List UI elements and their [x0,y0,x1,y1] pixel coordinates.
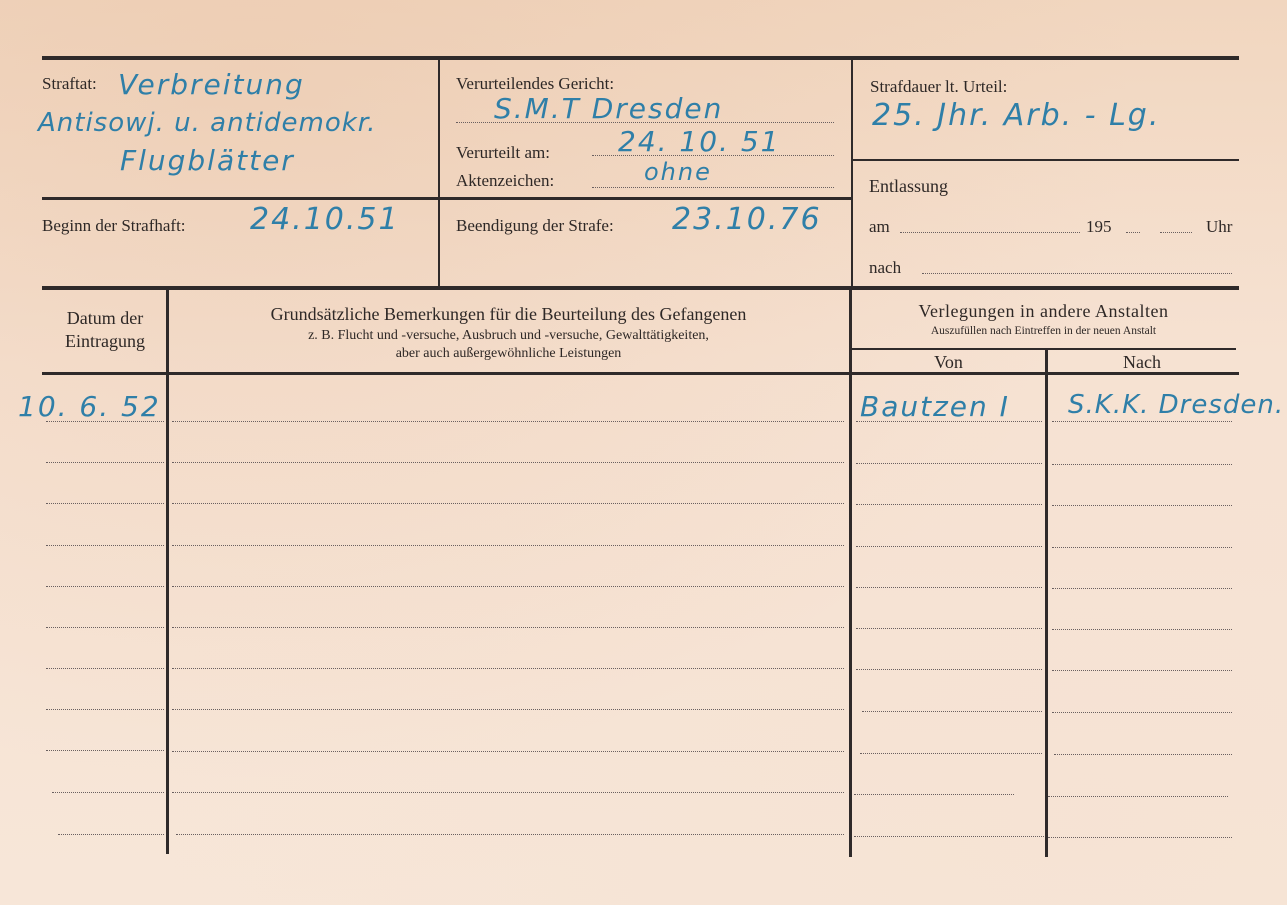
divider-row-straftat [42,197,852,200]
dotline-remarks [172,792,844,793]
header-date-line1: Datum der [44,308,166,329]
entlassung-time-dotline[interactable] [1160,232,1192,233]
straftat-line-2: Antisowj. u. antidemokr. [38,108,376,138]
divider-col2 [851,60,853,286]
dotline-nach [1052,629,1232,630]
dotline-remarks [172,421,844,422]
dotline-nach [1048,837,1232,838]
entlassung-nach-label: nach [869,258,901,278]
dotline-date [58,834,164,835]
gericht-dotline [456,122,834,123]
entlassung-nach-dotline[interactable] [922,273,1232,274]
header-date-line2: Eintragung [44,331,166,352]
row-from[interactable]: Bautzen I [860,390,1010,423]
dotline-von [856,669,1042,670]
dotline-nach [1052,421,1232,422]
dotline-von [856,628,1042,629]
strafdauer-value[interactable]: 25. Jhr. Arb. - Lg. [872,98,1160,133]
divider-row-strafdauer [853,159,1239,161]
entlassung-year-dotline[interactable] [1126,232,1140,233]
dotline-nach [1054,754,1232,755]
dotline-date [46,586,164,587]
verurteilt-value[interactable]: 24. 10. 51 [618,125,781,158]
aktenzeichen-dotline [592,187,834,188]
header-nach: Nach [1047,352,1237,373]
table-divider-transfer [849,290,852,857]
dotline-von [862,711,1042,712]
dotline-von [856,421,1042,422]
transfer-subheader-line [851,348,1236,350]
dotline-date [46,545,164,546]
dotline-date [46,709,164,710]
dotline-date [46,503,164,504]
dotline-nach [1052,670,1232,671]
header-remarks-sub1: z. B. Flucht und -versuche, Ausbruch und… [168,328,849,344]
beendigung-label: Beendigung der Strafe: [456,216,614,236]
dotline-remarks [172,668,844,669]
dotline-nach [1052,505,1232,506]
top-border [42,56,1239,60]
dotline-von [856,463,1042,464]
dotline-remarks [172,751,844,752]
entlassung-year-label: 195 [1086,217,1112,237]
aktenzeichen-value[interactable]: ohne [644,158,712,186]
table-divider-von-nach [1045,350,1048,857]
dotline-von [856,546,1042,547]
dotline-nach [1052,712,1232,713]
aktenzeichen-label: Aktenzeichen: [456,171,554,191]
divider-col1 [438,60,440,286]
dotline-remarks [172,545,844,546]
straftat-line-3: Flugblätter [120,144,295,177]
dotline-remarks [176,834,844,835]
dotline-date [46,421,164,422]
dotline-von [854,794,1014,795]
dotline-von [856,587,1042,588]
row-date[interactable]: 10. 6. 52 [18,390,161,423]
header-transfer-title: Verlegungen in andere Anstalten [851,301,1236,322]
dotline-remarks [172,709,844,710]
header-remarks-title: Grundsätzliche Bemerkungen für die Beurt… [168,304,849,325]
header-transfer-subtitle: Auszufüllen nach Eintreffen in der neuen… [851,325,1236,337]
header-remarks-sub2: aber auch außergewöhnliche Leistungen [168,346,849,362]
dotline-date [46,668,164,669]
dotline-nach [1052,588,1232,589]
beginn-label: Beginn der Strafhaft: [42,216,186,236]
entlassung-am-label: am [869,217,890,237]
dotline-remarks [172,627,844,628]
row-to[interactable]: S.K.K. Dresden. [1068,390,1284,420]
dotline-date [46,750,164,751]
dotline-date [52,792,164,793]
dotline-remarks [172,586,844,587]
beginn-value[interactable]: 24.10.51 [250,202,400,237]
dotline-von [856,504,1042,505]
dotline-date [46,627,164,628]
dotline-remarks [172,503,844,504]
dotline-von [854,836,1044,837]
strafdauer-label: Strafdauer lt. Urteil: [870,77,1007,97]
entlassung-uhr-label: Uhr [1206,217,1232,237]
dotline-nach [1048,796,1228,797]
dotline-nach [1052,547,1232,548]
dotline-date [46,462,164,463]
entlassung-am-dotline[interactable] [900,232,1080,233]
entlassung-label: Entlassung [869,176,948,197]
dotline-von [860,753,1042,754]
verurteilt-dotline [592,155,834,156]
straftat-line-1: Verbreitung [118,68,305,101]
gericht-value[interactable]: S.M.T Dresden [494,92,723,125]
verurteilt-label: Verurteilt am: [456,143,550,163]
header-von: Von [851,352,1046,373]
straftat-label: Straftat: [42,74,97,94]
gericht-label: Verurteilendes Gericht: [456,74,614,94]
dotline-remarks [172,462,844,463]
dotline-nach [1052,464,1232,465]
section-divider [42,286,1239,290]
beendigung-value[interactable]: 23.10.76 [672,202,822,237]
